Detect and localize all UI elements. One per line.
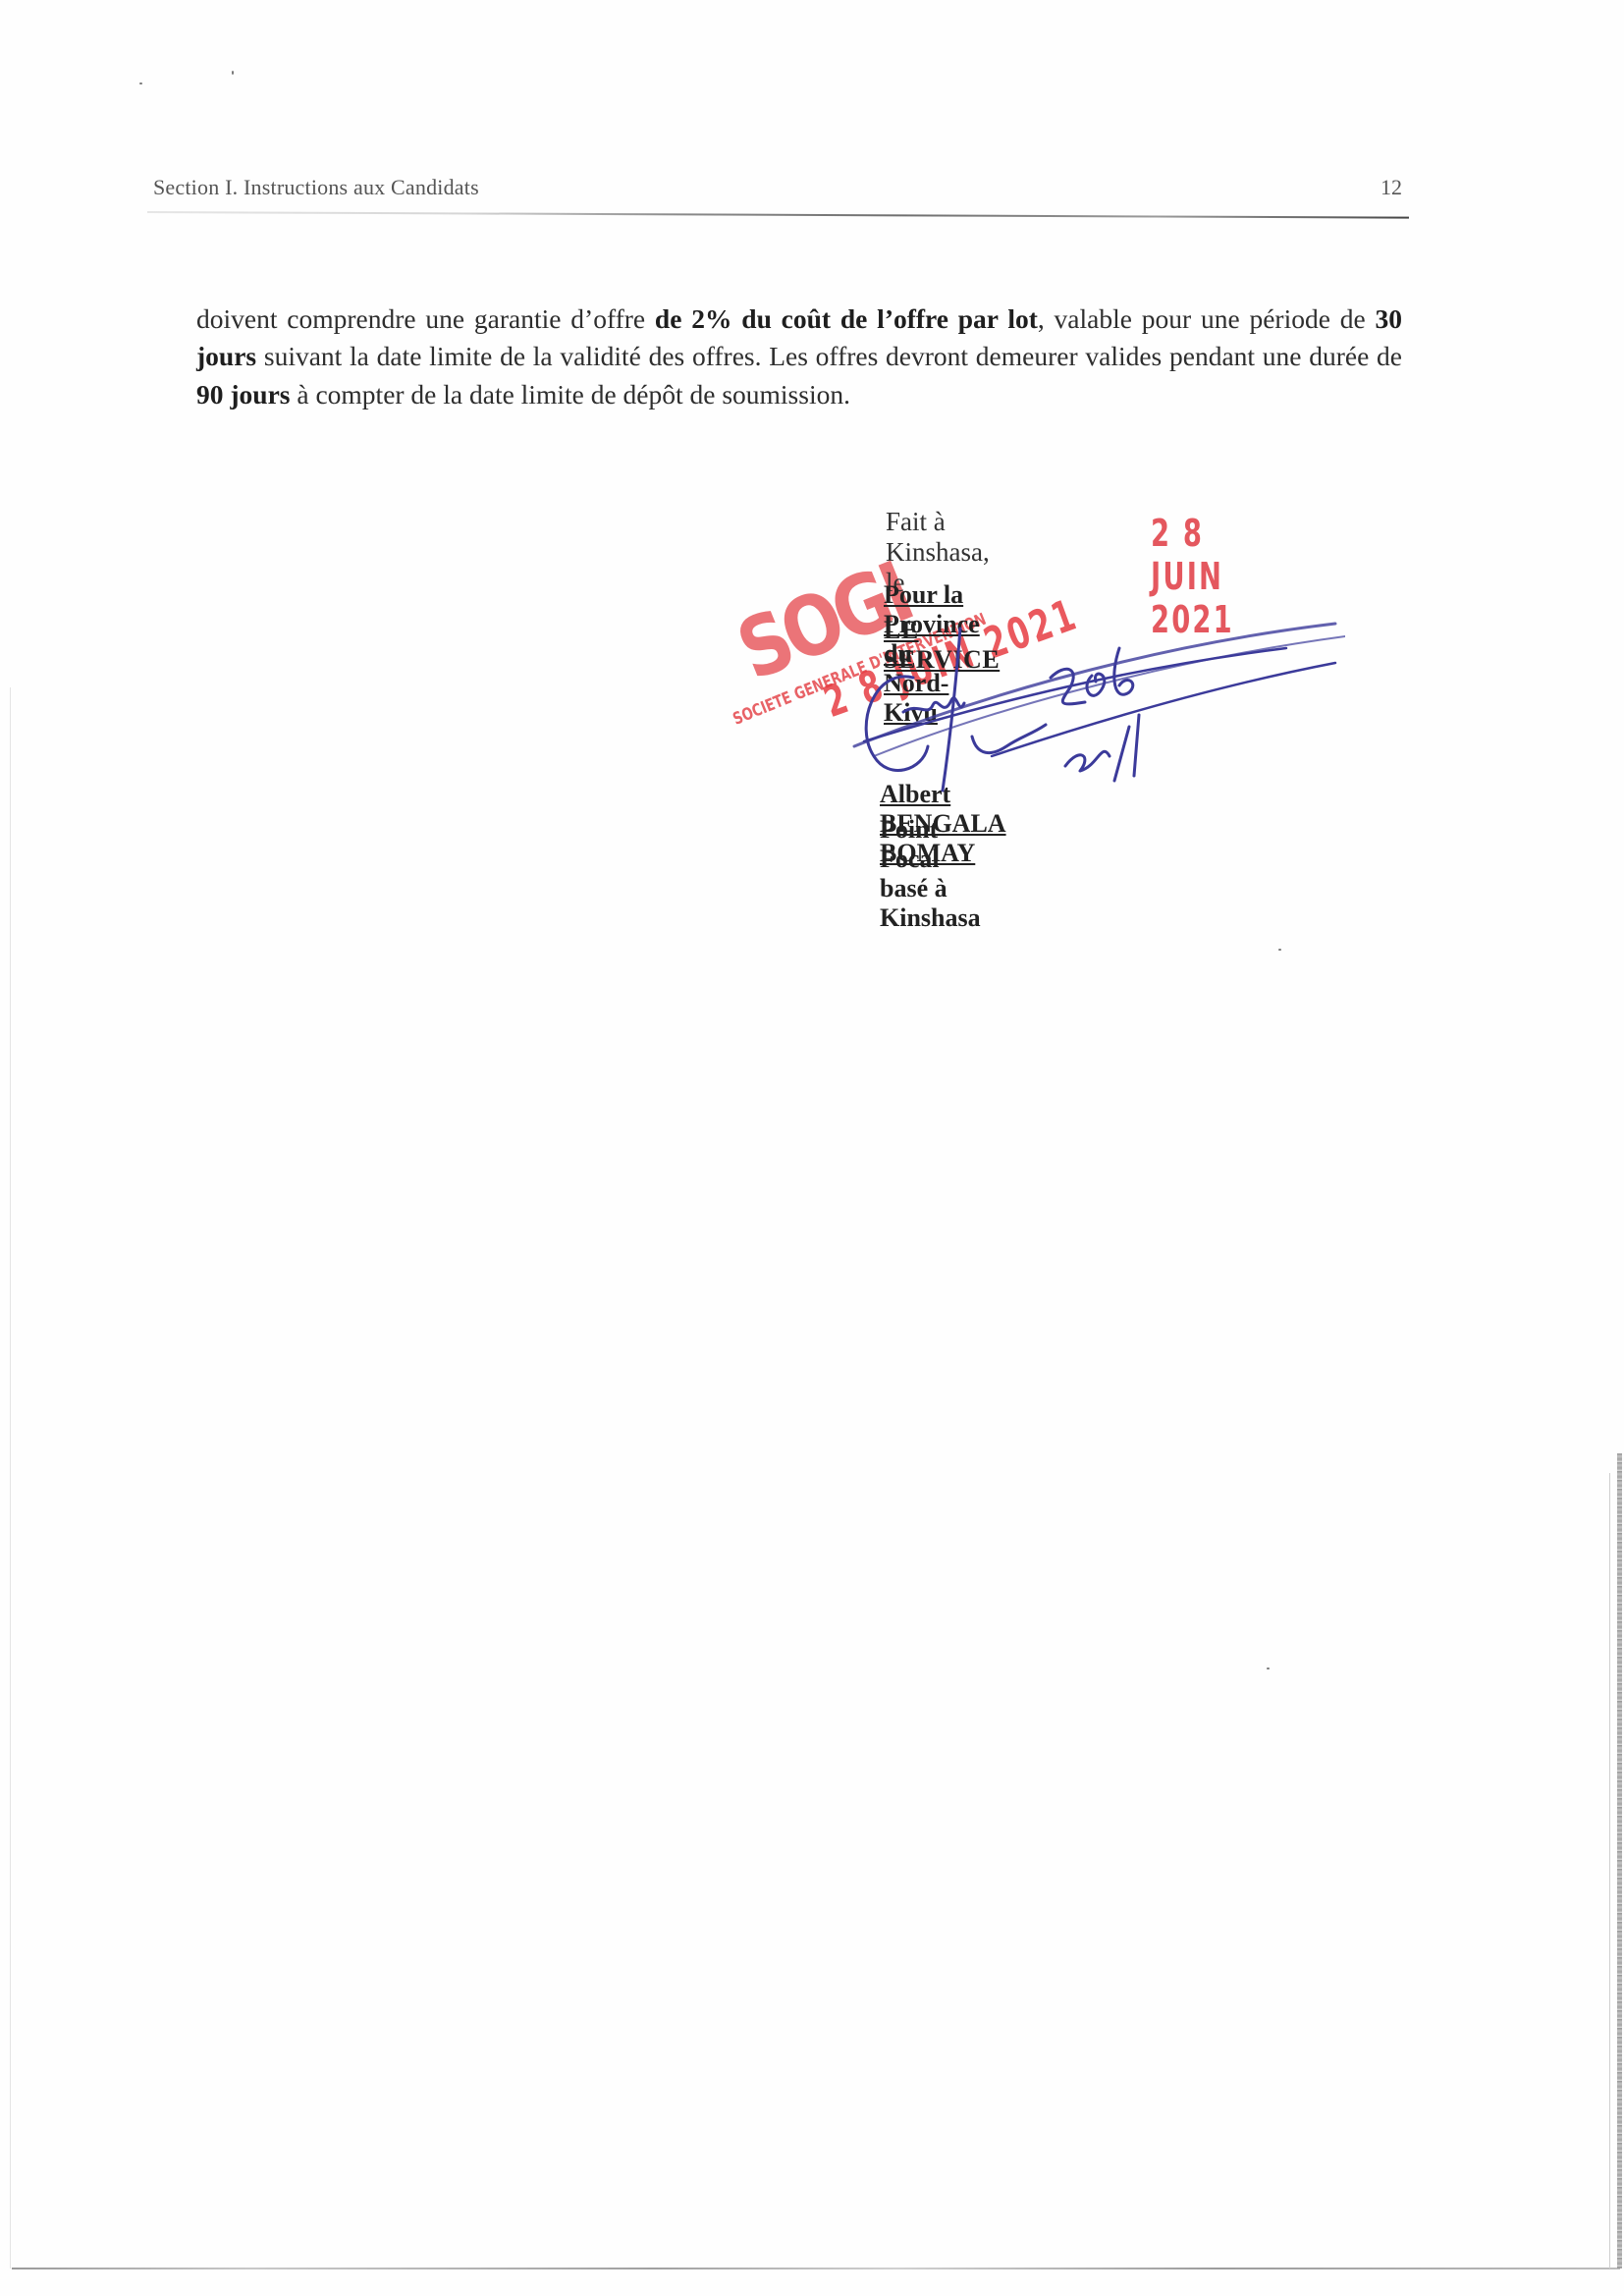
page-edge-bottom: [12, 2268, 1620, 2269]
paragraph-text: doivent comprendre une garantie d’offre: [196, 303, 655, 334]
handwritten-signature: [835, 609, 1345, 795]
paragraph-text: à compter de la date limite de dépôt de …: [291, 379, 850, 410]
emphasis-text: de 2% du coût de l’offre par lot: [655, 303, 1038, 334]
scan-edge-shadow: [1617, 1453, 1622, 2269]
scan-speck: [1267, 1667, 1270, 1669]
scan-edge-line: [1609, 1473, 1610, 2269]
emphasis-text: 90 jours: [196, 379, 291, 410]
body-paragraph: doivent comprendre une garantie d’offre …: [196, 301, 1402, 414]
scan-speck: [139, 82, 142, 84]
page-number: 12: [1380, 175, 1402, 200]
scan-speck: [1278, 949, 1281, 951]
page-edge-left: [10, 687, 11, 2269]
paragraph-text: suivant la date limite de la validité de…: [256, 341, 1402, 371]
scan-speck: [232, 71, 234, 75]
paragraph-text: , valable pour une période de: [1038, 303, 1376, 334]
header-rule: [147, 211, 1409, 219]
section-title: Section I. Instructions aux Candidats: [153, 175, 479, 200]
signer-role: Point Focal basé à Kinshasa: [880, 815, 981, 933]
page-header: Section I. Instructions aux Candidats 12: [147, 173, 1404, 202]
